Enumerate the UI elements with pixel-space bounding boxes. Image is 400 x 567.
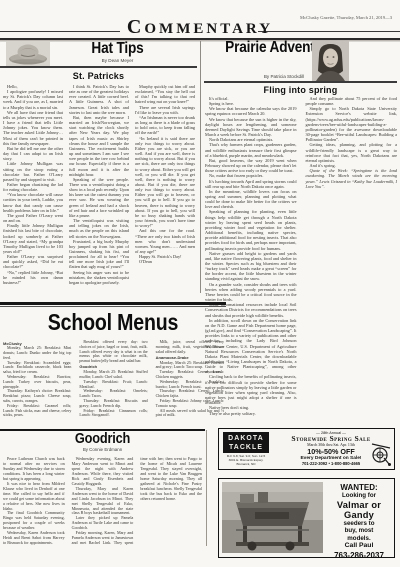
dakota-city: Bismarck, ND <box>220 463 272 467</box>
goodrich-ads-divider <box>206 430 207 546</box>
dakota-store-info: M-F 9-8; Sat. 9-6; Sun. 12-5 3001 E. Bis… <box>220 455 272 467</box>
wanted-call: Call Paul <box>325 542 393 551</box>
seeder-photo <box>222 482 323 553</box>
wanted-brand-valmar: Valmar or <box>325 500 393 510</box>
goodrich-body: Peace Lutheran Church was back to normal… <box>3 457 202 549</box>
author-portrait-photo <box>312 41 349 81</box>
cowboy-hat-photo <box>6 41 50 67</box>
wanted-phone: 763-286-2037 <box>325 551 393 561</box>
column-divider <box>200 41 201 293</box>
fishing-reel-icon <box>370 442 392 467</box>
wanted-ad: WANTED: Looking for Valmar or Gandy seed… <box>218 478 395 558</box>
newspaper-page: McClusky Gazette, Thursday, March 21, 20… <box>0 0 400 567</box>
dakota-tackle-ad: DAKOTA TACKLE M-F 9-8; Sat. 9-6; Sun. 12… <box>218 428 395 470</box>
wanted-line2: seeders to <box>325 520 393 528</box>
wanted-text-block: WANTED: Looking for Valmar or Gandy seed… <box>325 483 393 560</box>
hat-tips-title: Hat Tips <box>58 41 177 56</box>
school-menus-body: McCluskyMonday, March 25: Breakfast: Min… <box>3 340 224 427</box>
hat-tips-byline: By Dean Meyer <box>50 58 185 63</box>
goodrich-title: Goodrich <box>12 432 192 447</box>
goodrich-byline: By Connie Erdmann <box>0 447 205 452</box>
fling-headline: Fling into spring <box>204 85 397 95</box>
school-menus-title: School Menus <box>17 307 209 337</box>
st-patricks-headline: St. Patricks <box>0 71 197 81</box>
wanted-brand-gandy: Gandy <box>325 510 393 520</box>
page-title: Commentary <box>0 17 400 39</box>
prairie-rule <box>204 81 397 83</box>
school-menus-rule-thick <box>0 302 226 305</box>
wanted-line3: buy, most <box>325 527 393 535</box>
dakota-tackle-logo: DAKOTA TACKLE <box>223 432 269 453</box>
st-patricks-body: Hello,I apologize profusely! I missed my… <box>3 84 195 294</box>
fling-body: It's official.Spring is here.We know tha… <box>205 96 397 425</box>
hat-tips-rule <box>0 66 197 68</box>
dakota-logo-line2: TACKLE <box>225 443 267 452</box>
wanted-line4: models. <box>325 535 393 543</box>
wanted-heading: WANTED: <box>325 483 393 492</box>
wanted-line1: Looking for <box>325 492 393 500</box>
